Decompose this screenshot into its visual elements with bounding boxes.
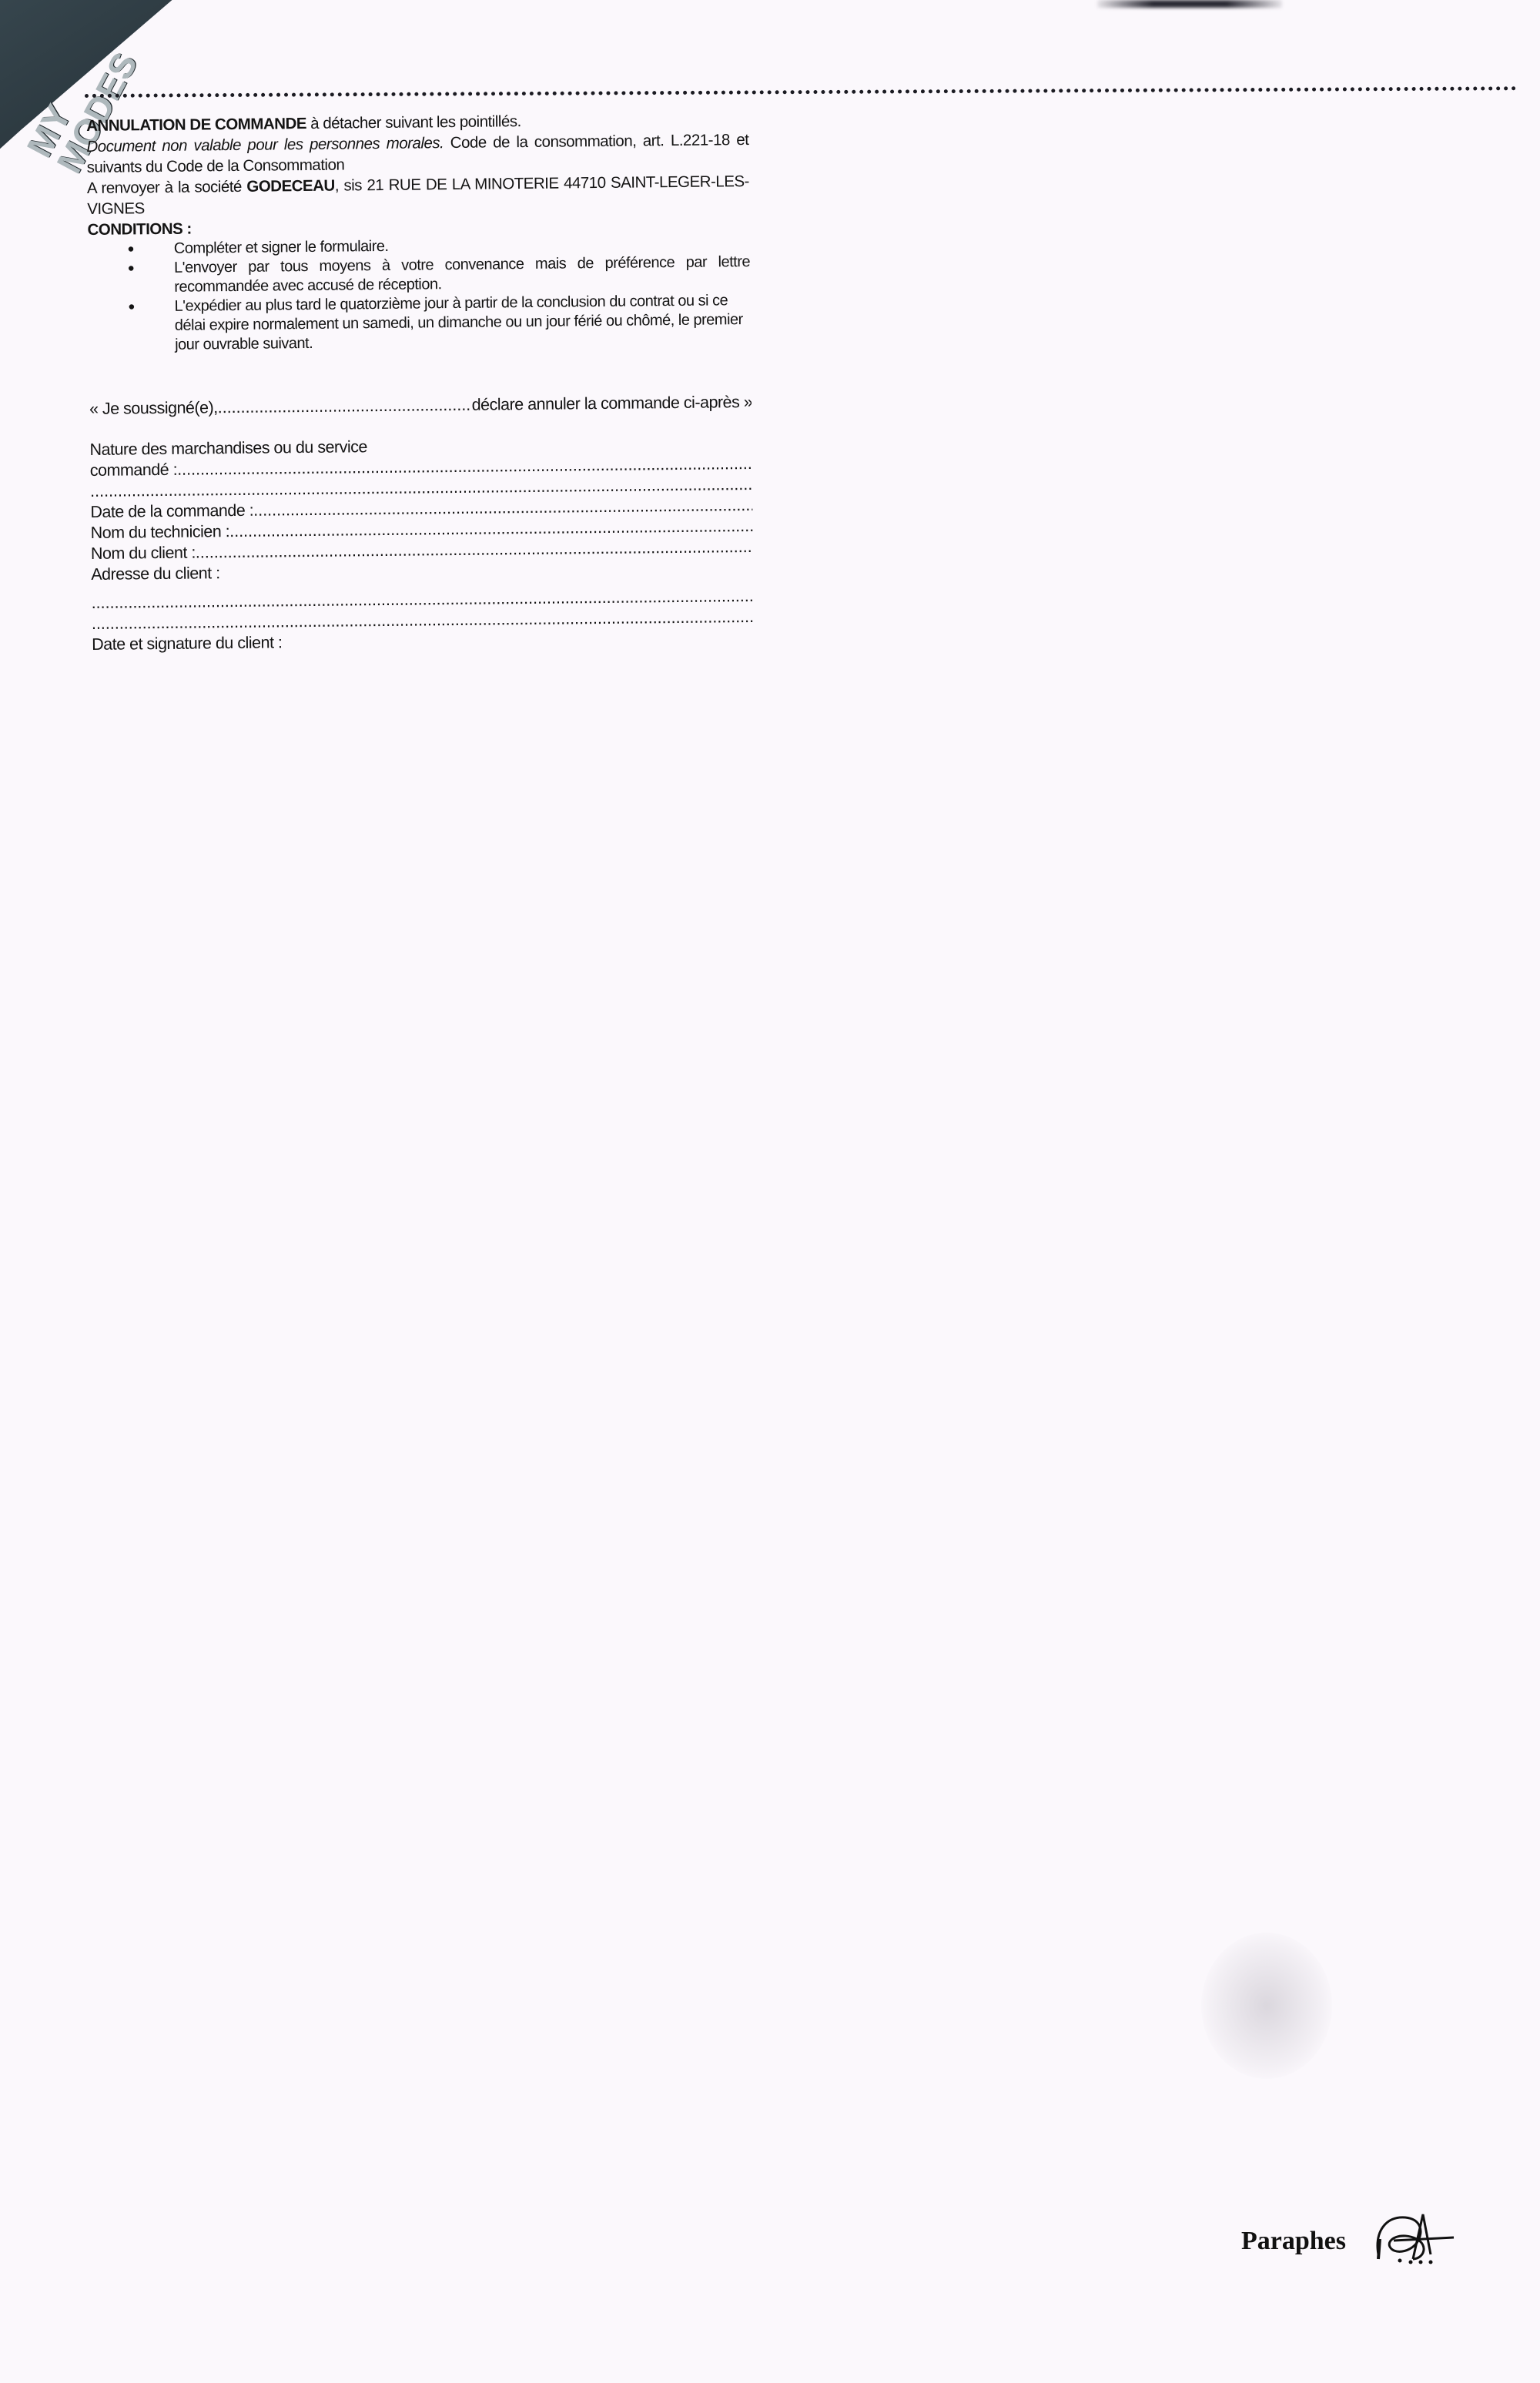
return-address: A renvoyer à la société GODECEAU, sis 21…	[87, 171, 750, 219]
paraphes-label: Paraphes	[1241, 2227, 1346, 2256]
notice-italic: Document non valable pour les personnes …	[86, 134, 444, 156]
condition-item: L'envoyer par tous moyens à votre conven…	[174, 253, 750, 297]
cancellation-form: ANNULATION DE COMMANDE à détacher suivan…	[86, 109, 754, 655]
conditions-list: Compléter et signer le formulaire. L'env…	[88, 233, 752, 356]
return-prefix: A renvoyer à la société	[87, 178, 247, 197]
nature-label-2: commandé :	[90, 460, 178, 481]
company-name: GODECEAU	[246, 177, 335, 196]
client-name-label: Nom du client :	[91, 543, 196, 564]
background-blur	[1097, 0, 1282, 8]
legal-notice: Document non valable pour les personnes …	[86, 129, 749, 178]
declaration-start: « Je soussigné(e),	[89, 397, 218, 420]
form-fields: « Je soussigné(e), déclare annuler la co…	[89, 392, 754, 655]
condition-item: L'expédier au plus tard le quatorzième j…	[174, 291, 751, 355]
declaration-end: déclare annuler la commande ci-après » :	[472, 392, 752, 416]
nature-label: Nature des marchandises ou du service	[89, 437, 367, 460]
cut-dotted-line	[85, 86, 1517, 104]
client-address-label: Adresse du client :	[91, 563, 220, 585]
heading-bold: ANNULATION DE COMMANDE	[86, 115, 306, 135]
signature-label: Date et signature du client :	[92, 632, 283, 655]
paper-smudge	[1201, 1933, 1332, 2079]
heading-rest: à détacher suivant les pointillés.	[306, 112, 521, 132]
order-date-label: Date de la commande :	[90, 500, 253, 523]
signer-name-field[interactable]	[218, 395, 472, 418]
initials-signature-icon	[1371, 2208, 1455, 2270]
technician-label: Nom du technicien :	[91, 521, 230, 544]
